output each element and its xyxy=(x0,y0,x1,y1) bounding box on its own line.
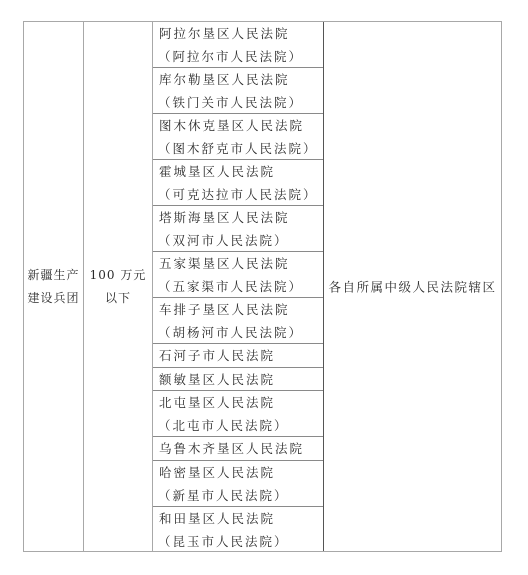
court-name: 石河子市人民法院 xyxy=(159,344,323,367)
court-alt-name: （五家渠市人民法院） xyxy=(158,275,323,298)
region-label: 新疆生产 建设兵团 xyxy=(24,264,83,310)
courts-column: 阿拉尔垦区人民法院（阿拉尔市人民法院）库尔勒垦区人民法院（铁门关市人民法院）图木… xyxy=(153,22,324,551)
court-name: 五家渠垦区人民法院 xyxy=(159,252,323,275)
amount-line-2: 以下 xyxy=(84,287,152,310)
court-alt-name: （可克达拉市人民法院） xyxy=(158,183,323,206)
court-name: 霍城垦区人民法院 xyxy=(159,160,323,183)
court-row: 乌鲁木齐垦区人民法院 xyxy=(153,437,323,461)
court-alt-name: （图木舒克市人民法院） xyxy=(158,137,323,160)
court-name: 图木休克垦区人民法院 xyxy=(159,114,323,137)
court-row: 北屯垦区人民法院（北屯市人民法院） xyxy=(153,391,323,437)
court-row: 哈密垦区人民法院（新星市人民法院） xyxy=(153,461,323,507)
court-row: 石河子市人民法院 xyxy=(153,344,323,368)
amount-label: 100 万元 以下 xyxy=(84,264,152,310)
court-name: 哈密垦区人民法院 xyxy=(159,461,323,484)
court-alt-name: （北屯市人民法院） xyxy=(158,414,323,437)
jurisdiction-table: 新疆生产 建设兵团 100 万元 以下 阿拉尔垦区人民法院（阿拉尔市人民法院）库… xyxy=(23,21,502,552)
court-row: 库尔勒垦区人民法院（铁门关市人民法院） xyxy=(153,68,323,114)
court-row: 额敏垦区人民法院 xyxy=(153,368,323,392)
court-row: 阿拉尔垦区人民法院（阿拉尔市人民法院） xyxy=(153,22,323,68)
jurisdiction-label: 各自所属中级人民法院辖区 xyxy=(324,275,501,298)
court-alt-name: （双河市人民法院） xyxy=(158,229,323,252)
court-row: 塔斯海垦区人民法院（双河市人民法院） xyxy=(153,206,323,252)
amount-line-1: 100 万元 xyxy=(84,264,152,287)
court-alt-name: （铁门关市人民法院） xyxy=(158,91,323,114)
court-row: 五家渠垦区人民法院（五家渠市人民法院） xyxy=(153,252,323,298)
region-cell: 新疆生产 建设兵团 xyxy=(24,22,84,551)
court-name: 阿拉尔垦区人民法院 xyxy=(159,22,323,45)
court-row: 图木休克垦区人民法院（图木舒克市人民法院） xyxy=(153,114,323,160)
court-name: 额敏垦区人民法院 xyxy=(159,368,323,391)
court-name: 和田垦区人民法院 xyxy=(159,507,323,530)
court-alt-name: （阿拉尔市人民法院） xyxy=(158,45,323,68)
court-alt-name: （昆玉市人民法院） xyxy=(158,530,323,553)
court-name: 塔斯海垦区人民法院 xyxy=(159,206,323,229)
region-line-1: 新疆生产 xyxy=(24,264,83,287)
jurisdiction-cell: 各自所属中级人民法院辖区 xyxy=(324,22,501,551)
court-row: 霍城垦区人民法院（可克达拉市人民法院） xyxy=(153,160,323,206)
court-row: 和田垦区人民法院（昆玉市人民法院） xyxy=(153,507,323,553)
court-row: 车排子垦区人民法院（胡杨河市人民法院） xyxy=(153,298,323,344)
court-alt-name: （胡杨河市人民法院） xyxy=(158,321,323,344)
court-name: 乌鲁木齐垦区人民法院 xyxy=(159,437,323,460)
court-name: 库尔勒垦区人民法院 xyxy=(159,68,323,91)
court-name: 车排子垦区人民法院 xyxy=(159,298,323,321)
amount-cell: 100 万元 以下 xyxy=(84,22,153,551)
court-name: 北屯垦区人民法院 xyxy=(159,391,323,414)
region-line-2: 建设兵团 xyxy=(24,287,83,310)
court-alt-name: （新星市人民法院） xyxy=(158,484,323,507)
